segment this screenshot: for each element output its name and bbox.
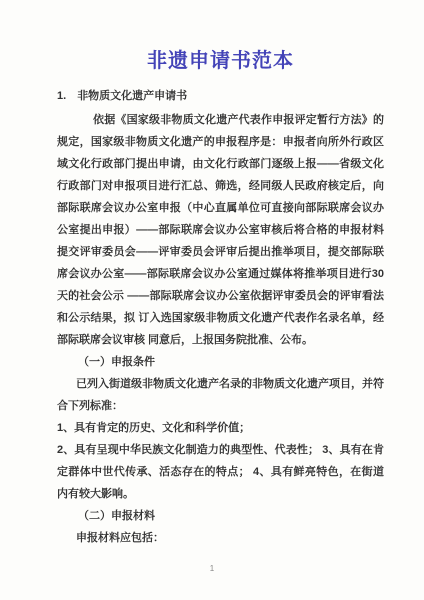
list-heading-text: 非物质文化遗产申请书: [77, 85, 187, 107]
section1-heading: （一）申报条件: [57, 351, 384, 373]
paragraph-application-procedure: 依据《国家级非物质文化遗产代表作申报评定暂行方法》的规定，国家级非物质文化遗产的…: [57, 109, 384, 351]
list-number: 1.: [57, 85, 66, 107]
section1-intro: 已列入街道级非物质文化遗产名录的非物质文化遗产项目，并符合下列标准：: [57, 373, 384, 417]
section2-heading: （二）申报材料: [57, 505, 384, 527]
criteria-items-2-4: 2、具有呈现中华民族文化制造力的典型性、代表性； 3、具有在肯定群体中世代传承、…: [57, 439, 384, 505]
list-heading: 1. 非物质文化遗产申请书: [57, 85, 384, 107]
document-page: 非遗申请书范本 1. 非物质文化遗产申请书 依据《国家级非物质文化遗产代表作申报…: [0, 0, 424, 600]
page-number: 1: [0, 564, 424, 574]
document-title: 非遗申请书范本: [57, 48, 384, 74]
section2-intro: 申报材料应包括：: [57, 527, 384, 549]
criteria-item-1: 1、具有肯定的历史、文化和科学价值；: [57, 417, 384, 439]
